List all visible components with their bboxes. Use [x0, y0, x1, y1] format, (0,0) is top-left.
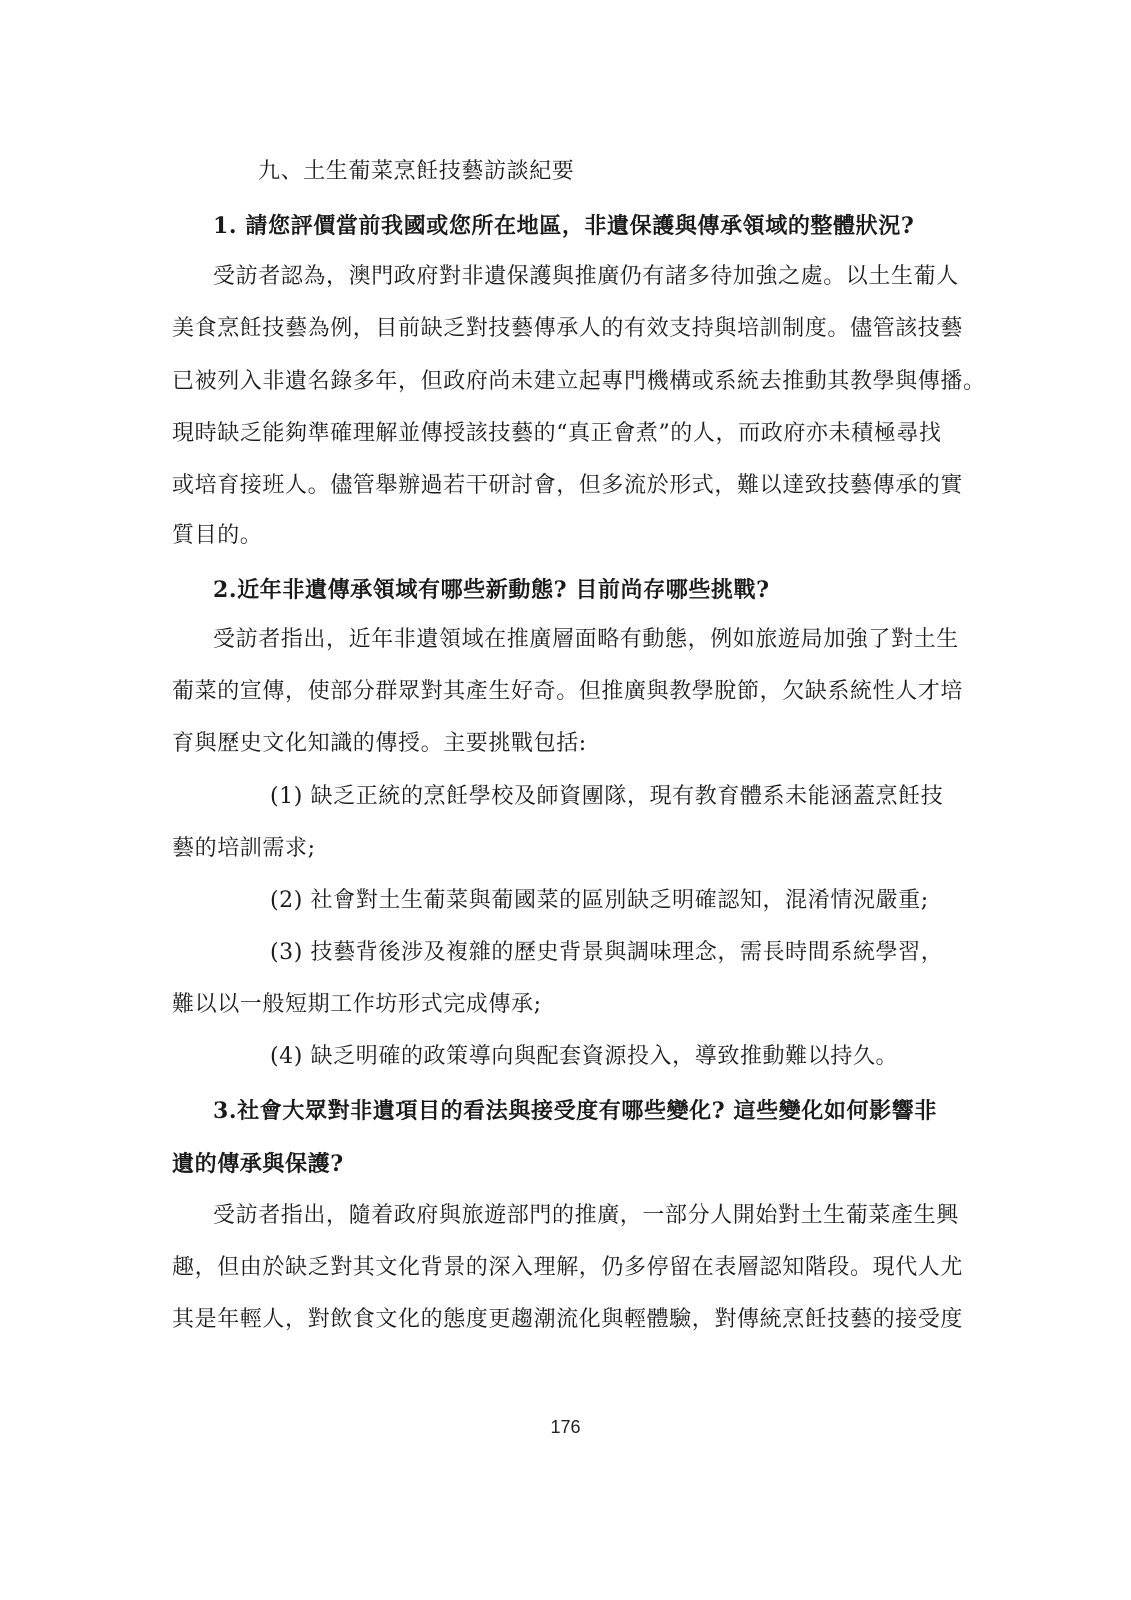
q3-paragraph-line: 趣，但由於缺乏對其文化背景的深入理解，仍多停留在表層認知階段。現代人尤	[172, 1253, 963, 1283]
challenge-item-3-cont: 難以以一般短期工作坊形式完成傳承;	[172, 990, 542, 1020]
q2-paragraph-line: 葡菜的宣傳，使部分群眾對其產生好奇。但推廣與教學脫節，欠缺系統性人才培	[172, 677, 963, 707]
question-3-heading: 3.社會大眾對非遺項目的看法與接受度有哪些變化? 這些變化如何影響非	[213, 1096, 937, 1126]
q2-paragraph-line: 育與歷史文化知識的傳授。主要挑戰包括:	[172, 729, 587, 759]
page-number: 176	[0, 1417, 1131, 1438]
question-2-heading: 2.近年非遺傳承領域有哪些新動態? 目前尚存哪些挑戰?	[213, 575, 770, 605]
challenge-item-3: (3) 技藝背後涉及複雜的歷史背景與調味理念，需長時間系統學習，	[270, 938, 943, 968]
q3-paragraph-line: 其是年輕人，對飲食文化的態度更趨潮流化與輕體驗，對傳統烹飪技藝的接受度	[172, 1305, 963, 1335]
document-page: 九、土生葡菜烹飪技藝訪談紀要 1. 請您評價當前我國或您所在地區，非遺保護與傳承…	[0, 0, 1131, 1600]
question-3-heading-cont: 遺的傳承與保護?	[172, 1149, 344, 1179]
challenge-item-1-cont: 藝的培訓需求;	[172, 834, 316, 864]
q3-paragraph-line: 受訪者指出，隨着政府與旅遊部門的推廣，一部分人開始對土生葡菜產生興	[213, 1201, 959, 1231]
challenge-item-2: (2) 社會對土生葡菜與葡國菜的區別缺乏明確認知，混淆情況嚴重;	[270, 886, 929, 916]
q1-paragraph-line: 現時缺乏能夠準確理解並傳授該技藝的“真正會煮”的人，而政府亦未積極尋找	[172, 419, 942, 449]
section-title: 九、土生葡菜烹飪技藝訪談紀要	[258, 157, 574, 187]
question-1-heading: 1. 請您評價當前我國或您所在地區，非遺保護與傳承領域的整體狀況?	[213, 211, 914, 241]
q1-paragraph-line: 受訪者認為，澳門政府對非遺保護與推廣仍有諸多待加強之處。以土生葡人	[213, 262, 959, 292]
challenge-item-4: (4) 缺乏明確的政策導向與配套資源投入，導致推動難以持久。	[270, 1042, 898, 1072]
challenge-item-1: (1) 缺乏正統的烹飪學校及師資團隊，現有教育體系未能涵蓋烹飪技	[270, 782, 943, 812]
q2-paragraph-line: 受訪者指出，近年非遺領域在推廣層面略有動態，例如旅遊局加強了對土生	[213, 625, 959, 655]
q1-paragraph-line: 或培育接班人。儘管舉辦過若干研討會，但多流於形式，難以達致技藝傳承的實	[172, 471, 963, 501]
q1-paragraph-line: 已被列入非遺名錄多年，但政府尚未建立起專門機構或系統去推動其教學與傳播。	[172, 367, 986, 397]
q1-paragraph-line: 質目的。	[172, 521, 262, 551]
q1-paragraph-line: 美食烹飪技藝為例，目前缺乏對技藝傳承人的有效支持與培訓制度。儘管該技藝	[172, 314, 963, 344]
